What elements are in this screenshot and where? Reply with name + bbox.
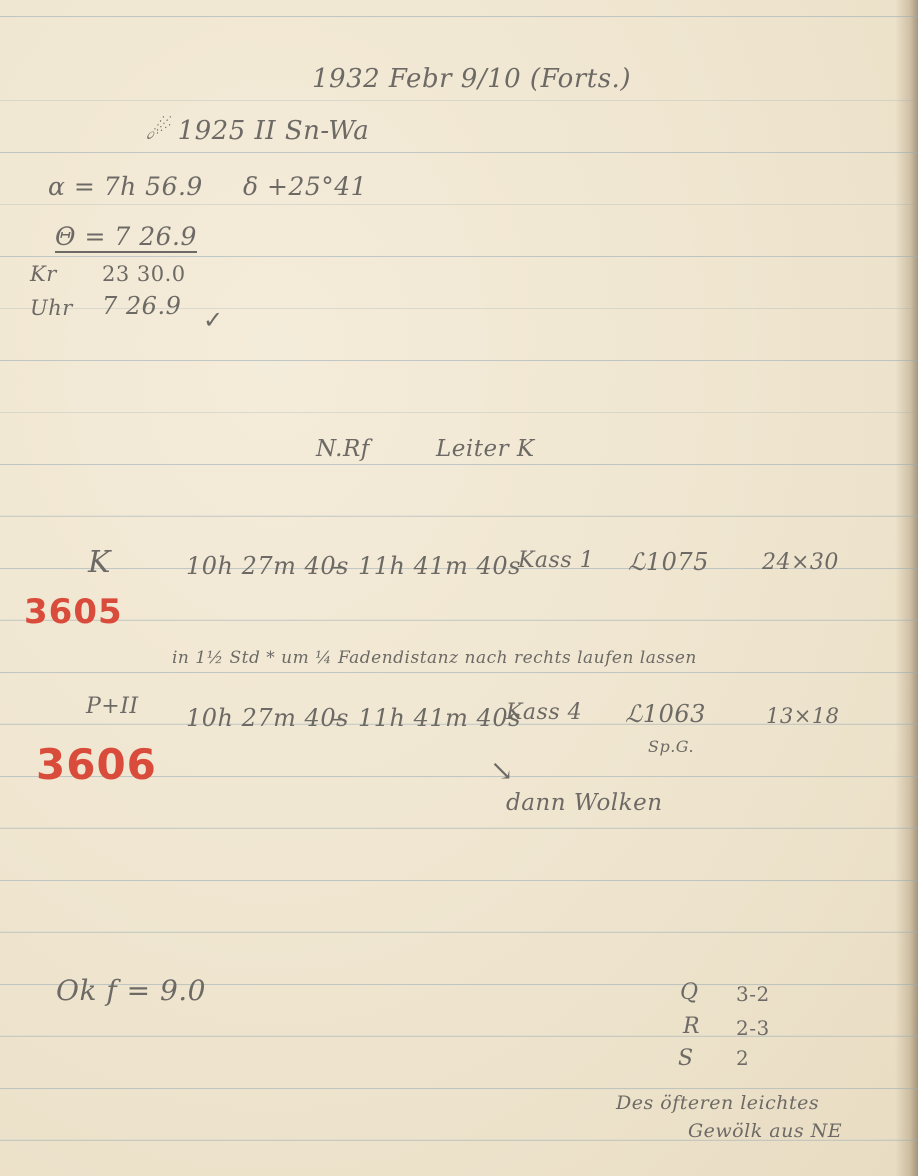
uhr-value: 7 26.9	[102, 292, 181, 320]
clouds-note: dann Wolken	[506, 790, 663, 816]
exposure-dash: –	[330, 704, 343, 732]
notebook-page: 1932 Febr 9/10 (Forts.) ☄ 1925 II Sn-Wa …	[0, 0, 918, 1176]
archive-number: 3605	[24, 592, 123, 632]
weather-note-line-2: Gewölk aus NE	[688, 1120, 842, 1142]
kr-label: Kr	[30, 262, 57, 286]
cassette: Kass 4	[506, 700, 582, 725]
exposure-start: 10h 27m 40s	[186, 704, 349, 732]
archive-number: 3606	[36, 740, 157, 789]
seeing-value: 3-2	[736, 982, 770, 1006]
delta-value: δ +25°41	[243, 172, 367, 201]
check-mark-icon: ✓	[203, 306, 224, 334]
plate-size: 13×18	[766, 704, 840, 728]
exposure-dash: –	[330, 552, 343, 580]
plate-size: 24×30	[762, 550, 839, 575]
seeing-symbol: R	[683, 1014, 700, 1039]
weather-note-line-1: Des öfteren leichtes	[616, 1092, 819, 1114]
kr-value: 23 30.0	[102, 262, 186, 286]
instrument-label: N.Rf	[316, 436, 370, 462]
camera-label: P+II	[86, 694, 139, 719]
plate-number: ℒ1063	[625, 700, 706, 728]
plate-number: ℒ1075	[628, 548, 709, 576]
seeing-symbol: S	[678, 1046, 694, 1071]
exposure-start: 10h 27m 40s	[186, 552, 349, 580]
theta-value: Θ = 7 26.9	[55, 222, 197, 251]
seeing-symbol: Q	[680, 980, 699, 1005]
guiding-note: in 1½ Std * um ¼ Fadendistanz nach recht…	[172, 648, 697, 668]
uhr-label: Uhr	[30, 296, 73, 320]
object-designation: ☄ 1925 II Sn-Wa	[145, 116, 369, 146]
seeing-value: 2	[736, 1046, 749, 1070]
plate-symbol-icon: ℒ	[625, 700, 643, 728]
focus-note: Ok f = 9.0	[56, 974, 206, 1007]
exposure-end: 11h 41m 40s	[358, 552, 521, 580]
plate-note: Sp.G.	[648, 737, 694, 756]
alpha-value: α = 7h 56.9	[48, 172, 203, 201]
arrow-down-icon: ↘	[490, 754, 514, 787]
seeing-value: 2-3	[736, 1016, 770, 1040]
plate-symbol-icon: ℒ	[628, 548, 646, 576]
leiter-label: Leiter K	[436, 436, 535, 462]
camera-label: K	[88, 545, 111, 580]
comet-symbol-icon: ☄	[145, 116, 169, 146]
page-header: 1932 Febr 9/10 (Forts.)	[312, 64, 631, 94]
exposure-end: 11h 41m 40s	[358, 704, 521, 732]
cassette: Kass 1	[518, 548, 594, 573]
